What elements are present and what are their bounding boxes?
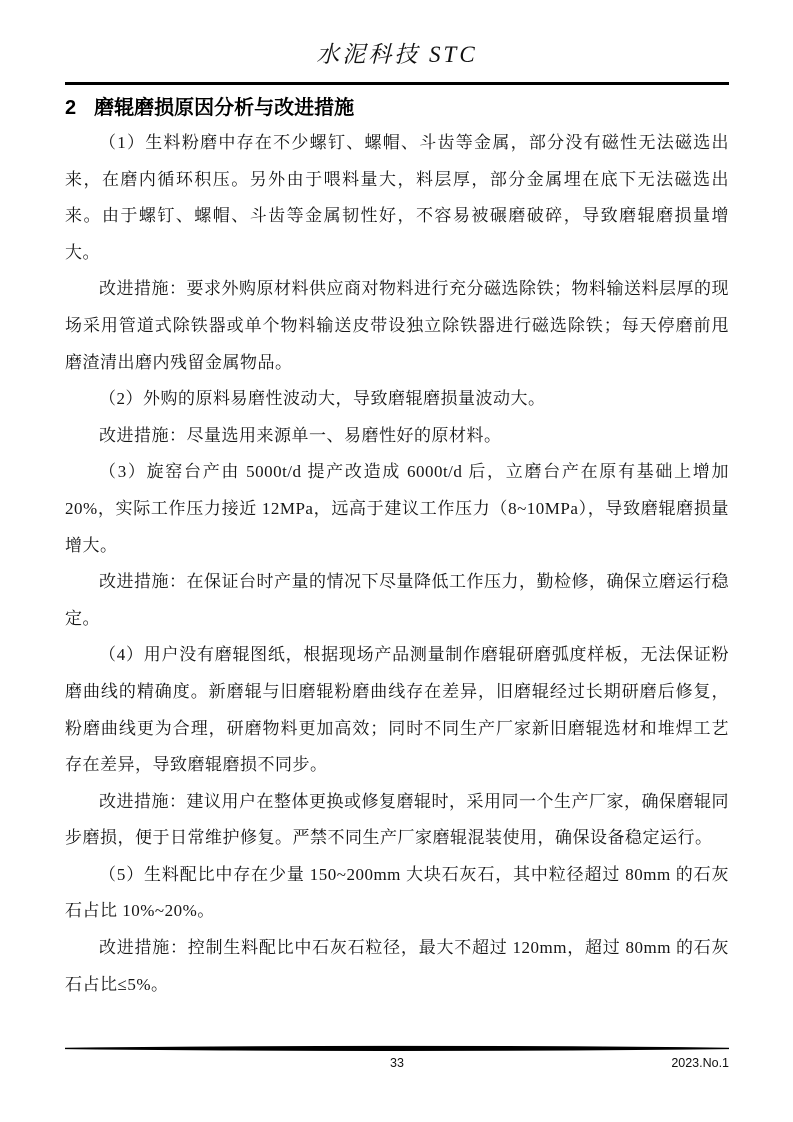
body-content: （1）生料粉磨中存在不少螺钉、螺帽、斗齿等金属，部分没有磁性无法磁选出来，在磨内… xyxy=(65,125,729,1003)
header-rule xyxy=(65,82,729,85)
paragraph-measure-2: 改进措施：尽量选用来源单一、易磨性好的原材料。 xyxy=(65,418,729,455)
footer-text-row: 33 2023.No.1 xyxy=(65,1056,729,1072)
paragraph-measure-1: 改进措施：要求外购原材料供应商对物料进行充分磁选除铁；物料输送料层厚的现场采用管… xyxy=(65,271,729,381)
paragraph-measure-5: 改进措施：控制生料配比中石灰石粒径，最大不超过 120mm，超过 80mm 的石… xyxy=(65,930,729,1003)
paragraph-issue-1: （1）生料粉磨中存在不少螺钉、螺帽、斗齿等金属，部分没有磁性无法磁选出来，在磨内… xyxy=(65,125,729,271)
section-title: 磨辊磨损原因分析与改进措施 xyxy=(94,94,354,122)
paragraph-issue-3: （3）旋窑台产由 5000t/d 提产改造成 6000t/d 后，立磨台产在原有… xyxy=(65,454,729,564)
page-footer: 33 2023.No.1 xyxy=(65,1045,729,1072)
page-number: 33 xyxy=(65,1056,729,1070)
paragraph-issue-4: （4）用户没有磨辊图纸，根据现场产品测量制作磨辊研磨弧度样板，无法保证粉磨曲线的… xyxy=(65,637,729,783)
document-page: 水泥科技 STC 2 磨辊磨损原因分析与改进措施 （1）生料粉磨中存在不少螺钉、… xyxy=(0,0,793,1122)
section-number: 2 xyxy=(65,94,76,122)
journal-title: 水泥科技 STC xyxy=(65,0,729,70)
paragraph-measure-3: 改进措施：在保证台时产量的情况下尽量降低工作压力，勤检修，确保立磨运行稳定。 xyxy=(65,564,729,637)
paragraph-measure-4: 改进措施：建议用户在整体更换或修复磨辊时，采用同一个生产厂家，确保磨辊同步磨损，… xyxy=(65,784,729,857)
paragraph-issue-2: （2）外购的原料易磨性波动大，导致磨辊磨损量波动大。 xyxy=(65,381,729,418)
paragraph-issue-5: （5）生料配比中存在少量 150~200mm 大块石灰石，其中粒径超过 80mm… xyxy=(65,857,729,930)
section-heading: 2 磨辊磨损原因分析与改进措施 xyxy=(65,94,729,122)
issue-label: 2023.No.1 xyxy=(671,1056,729,1070)
footer-tapered-rule xyxy=(65,1045,729,1052)
